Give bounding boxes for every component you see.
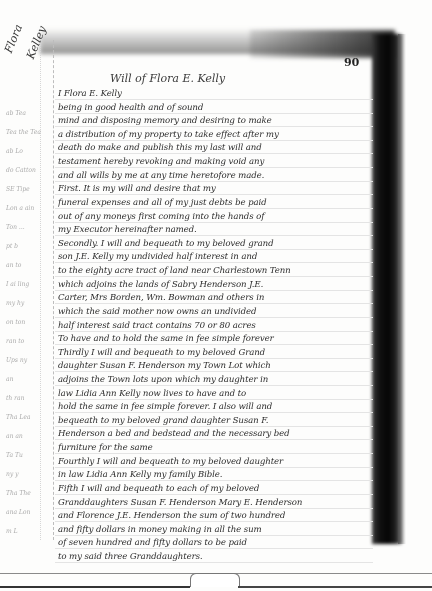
margin-annotation-first-name: Flora [2,23,25,55]
ruled-line [55,439,373,440]
handwritten-line: which the said mother now owns an undivi… [58,307,376,317]
ruled-line [55,480,373,481]
ruled-line [55,453,373,454]
handwritten-line: hold the same in fee simple forever. I a… [58,402,376,412]
ruled-line [55,303,373,304]
ruled-line [55,290,373,291]
ruled-line [55,358,373,359]
ruled-line [55,235,373,236]
margin-scrawl: an [6,376,50,383]
handwritten-line: death do make and publish this my last w… [58,143,376,153]
margin-scrawl: Ta Tu [6,452,50,459]
handwritten-line: Thirdly I will and bequeath to my belove… [58,348,376,358]
ruled-line [55,276,373,277]
ruled-line [55,181,373,182]
ruled-line [55,140,373,141]
handwritten-line: First. It is my will and desire that my [58,184,376,194]
ruled-line [55,113,373,114]
margin-scrawl: Tha Lea [6,414,50,421]
ruled-line [55,262,373,263]
margin-scrawl: Tea the Tea [6,129,50,136]
scanned-document-page: 90 Flora Kelley ab TeaTea the Teaab Lodo… [0,0,432,591]
handwritten-line: to the eighty acre tract of land near Ch… [58,266,376,276]
page-number: 90 [344,56,359,69]
handwritten-line: Fourthly I will and bequeath to my belov… [58,457,376,467]
handwritten-line: mind and disposing memory and desiring t… [58,116,376,126]
ruled-line [55,521,373,522]
ledger-bottom-border-left [0,586,190,588]
handwritten-line: bequeath to my beloved grand daughter Su… [58,416,376,426]
margin-scrawl: do Catton [6,167,50,174]
handwritten-line: half interest said tract contains 70 or … [58,321,376,331]
margin-scrawl: my hy [6,300,50,307]
ruled-line [55,371,373,372]
margin-scrawl: ran to [6,338,50,345]
handwritten-line: law Lidia Ann Kelly now lives to have an… [58,389,376,399]
handwritten-line: To have and to hold the same in fee simp… [58,334,376,344]
ledger-tab-notch [190,573,240,587]
ruled-line [55,548,373,549]
margin-scrawl: Tha The [6,490,50,497]
handwritten-line: Carter, Mrs Borden, Wm. Bowman and other… [58,293,376,303]
handwritten-line: to my said three Granddaughters. [58,552,376,562]
margin-scrawl: m L [6,528,50,535]
handwritten-line: a distribution of my property to take ef… [58,130,376,140]
handwritten-line: out of any moneys first coming into the … [58,212,376,222]
ruled-line [55,385,373,386]
margin-scrawl: I ai ling [6,281,50,288]
margin-scrawl: Ups ny [6,357,50,364]
ruled-line [55,153,373,154]
margin-scrawl: on ton [6,319,50,326]
margin-scrawl: Lon a ain [6,205,50,212]
handwritten-line: and Florence J.E. Henderson the sum of t… [58,511,376,521]
ruled-line [55,194,373,195]
handwritten-line: which adjoins the lands of Sabry Henders… [58,280,376,290]
ruled-line [55,494,373,495]
ruled-line [55,126,373,127]
ruled-line [55,467,373,468]
ruled-line [55,562,373,563]
ruled-line [55,426,373,427]
ruled-line [55,222,373,223]
ruled-line [55,167,373,168]
margin-scrawl: ana Lon [6,509,50,516]
ruled-line [55,508,373,509]
handwritten-line: furniture for the same [58,443,376,453]
margin-scrawl: ab Lo [6,148,50,155]
ruled-line [55,99,373,100]
ruled-line [55,331,373,332]
margin-scrawl: SE Tipe [6,186,50,193]
margin-scrawl: Ton ... [6,224,50,231]
ruled-line [55,535,373,536]
handwritten-line: testament hereby revoking and making voi… [58,157,376,167]
ledger-bottom-border-right [238,586,432,588]
document-title: Will of Flora E. Kelly [110,72,225,85]
ruled-line [55,208,373,209]
ruled-line [55,344,373,345]
handwritten-line: and all wills by me at any time heretofo… [58,171,376,181]
ruled-line [55,412,373,413]
margin-scrawl: ab Tea [6,110,50,117]
handwritten-line: I Flora E. Kelly [58,89,376,99]
ruled-line [55,399,373,400]
handwritten-line: son J.E. Kelly my undivided half interes… [58,252,376,262]
margin-rule [53,40,54,540]
ruled-line [55,317,373,318]
handwritten-line: and fifty dollars in money making in all… [58,525,376,535]
margin-scrawl: th ran [6,395,50,402]
handwritten-line: of seven hundred and fifty dollars to be… [58,538,376,548]
margin-scrawl: an an [6,433,50,440]
margin-scrawl: an to [6,262,50,269]
handwritten-line: adjoins the Town lots upon which my daug… [58,375,376,385]
handwritten-line: in law Lidia Ann Kelly my family Bible. [58,470,376,480]
handwritten-line: my Executor hereinafter named. [58,225,376,235]
handwritten-line: Henderson a bed and bedstead and the nec… [58,429,376,439]
margin-scrawl: pt b [6,243,50,250]
handwritten-line: Fifth I will and bequeath to each of my … [58,484,376,494]
binding-shadow-fade [398,34,406,544]
margin-scrawl: ny y [6,471,50,478]
handwritten-line: being in good health and of sound [58,103,376,113]
ruled-line [55,249,373,250]
handwritten-line: funeral expenses and all of my just debt… [58,198,376,208]
handwritten-line: daughter Susan F. Henderson my Town Lot … [58,361,376,371]
handwritten-line: Secondly. I will and bequeath to my belo… [58,239,376,249]
handwritten-line: Granddaughters Susan F. Henderson Mary E… [58,498,376,508]
